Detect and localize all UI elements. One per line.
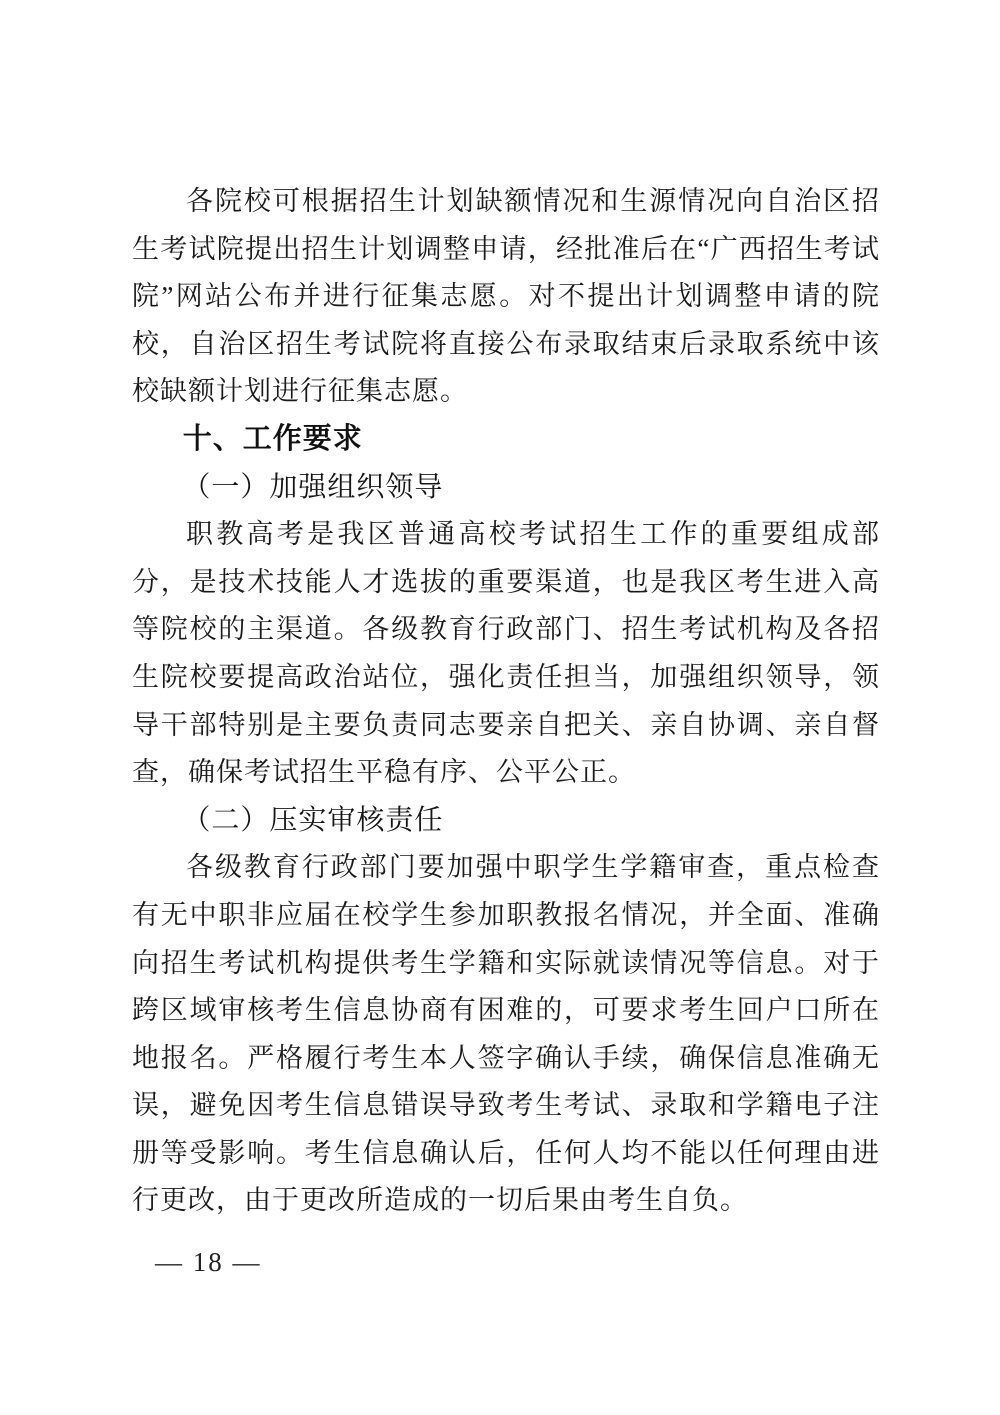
page-number: — 18 — [155,1246,262,1278]
paragraph-leadership: 职教高考是我区普通高校考试招生工作的重要组成部分，是技术技能人才选拔的重要渠道，… [132,511,880,797]
document-page: 各院校可根据招生计划缺额情况和生源情况向自治区招生考试院提出招生计划调整申请，经… [0,0,1000,1415]
subsection-heading-strengthen-leadership: （一）加强组织领导 [132,464,880,512]
paragraph-plan-adjustment: 各院校可根据招生计划缺额情况和生源情况向自治区招生考试院提出招生计划调整申请，经… [132,178,880,416]
paragraph-review-responsibility: 各级教育行政部门要加强中职学生学籍审查，重点检查有无中职非应届在校学生参加职教报… [132,844,880,1225]
section-heading-work-requirements: 十、工作要求 [132,416,880,464]
document-body: 各院校可根据招生计划缺额情况和生源情况向自治区招生考试院提出招生计划调整申请，经… [132,178,880,1225]
subsection-heading-review-responsibility: （二）压实审核责任 [132,797,880,845]
